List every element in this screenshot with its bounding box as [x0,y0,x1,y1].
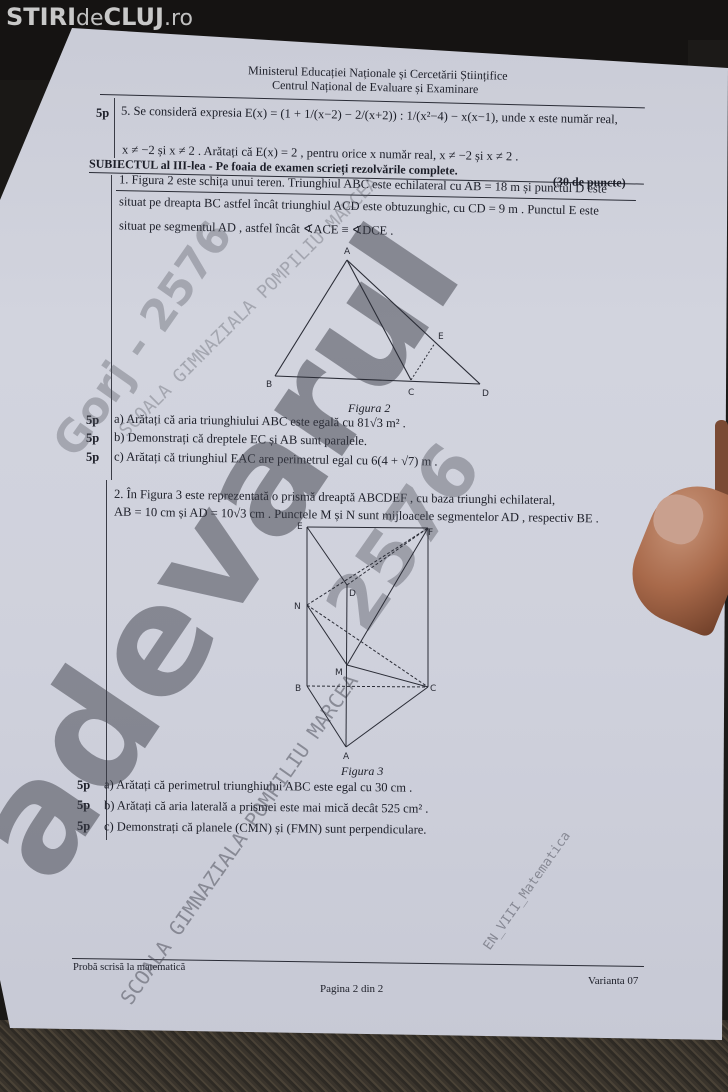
label-A: A [343,752,350,762]
footer-page-number: Pagina 2 din 2 [320,982,383,996]
points-label: 5p [77,798,90,813]
label-C: C [408,388,414,398]
exam-document: Ministerul Educației Naționale și Cercet… [0,0,728,1092]
points-label: 5p [86,431,99,446]
label-N: N [294,602,301,612]
problem1-line3: situat pe segmentul AD , astfel încât ∢A… [119,218,394,237]
footer-left: Probă scrisă la matematică [73,961,185,975]
logo-part-ro: .ro [164,6,193,31]
ministry-header-line2: Centrul Național de Evaluare și Examinar… [272,78,479,96]
label-B: B [295,684,301,694]
watermark-tag: EN_VIII_Matematica [481,829,574,953]
figure-3-prism-diagram: E F D N M B C A [280,515,460,765]
points-label: 5p [77,819,90,834]
problem1-item-b: b) Demonstrați că dreptele EC și AB sunt… [114,430,367,448]
logo-part-cluj: CLUJ [104,3,164,31]
points-column-rule-2 [111,175,112,480]
label-M: M [335,668,343,678]
points-label: 5p [86,413,99,428]
figure-3-caption: Figura 3 [341,764,383,778]
problem2-line1: 2. În Figura 3 este reprezentată o prism… [114,487,555,507]
problem2-item-a: a) Arătați că perimetrul triunghiului AB… [104,777,412,794]
label-D: D [349,589,356,599]
points-label: 5p [96,106,109,121]
label-B: B [266,380,272,390]
label-A: A [344,247,351,257]
label-C: C [430,684,436,694]
problem2-item-c: c) Demonstrați că planele (CMN) și (FMN)… [104,819,427,836]
points-column-rule [114,98,115,158]
logo-part-de: de [76,6,104,31]
label-D: D [482,389,489,399]
site-logo[interactable]: STIRIdeCLUJ.ro [6,3,193,31]
logo-part-stiri: STIRI [6,3,76,31]
problem5-line1: 5. Se consideră expresia E(x) = (1 + 1/(… [121,104,618,127]
label-E: E [297,522,303,532]
points-label: 5p [86,450,99,465]
points-label: 5p [77,778,90,793]
problem2-item-b: b) Arătați că aria laterală a prismei es… [104,798,429,815]
label-E: E [438,332,444,342]
figure-2-triangle-diagram: A B C D E [230,240,520,420]
problem1-item-c: c) Arătați că triunghiul EAC are perimet… [114,449,438,468]
watermark-gorj: Gorj - 2576 [43,212,242,466]
label-F: F [428,528,433,538]
footer-variant: Varianta 07 [588,974,638,988]
